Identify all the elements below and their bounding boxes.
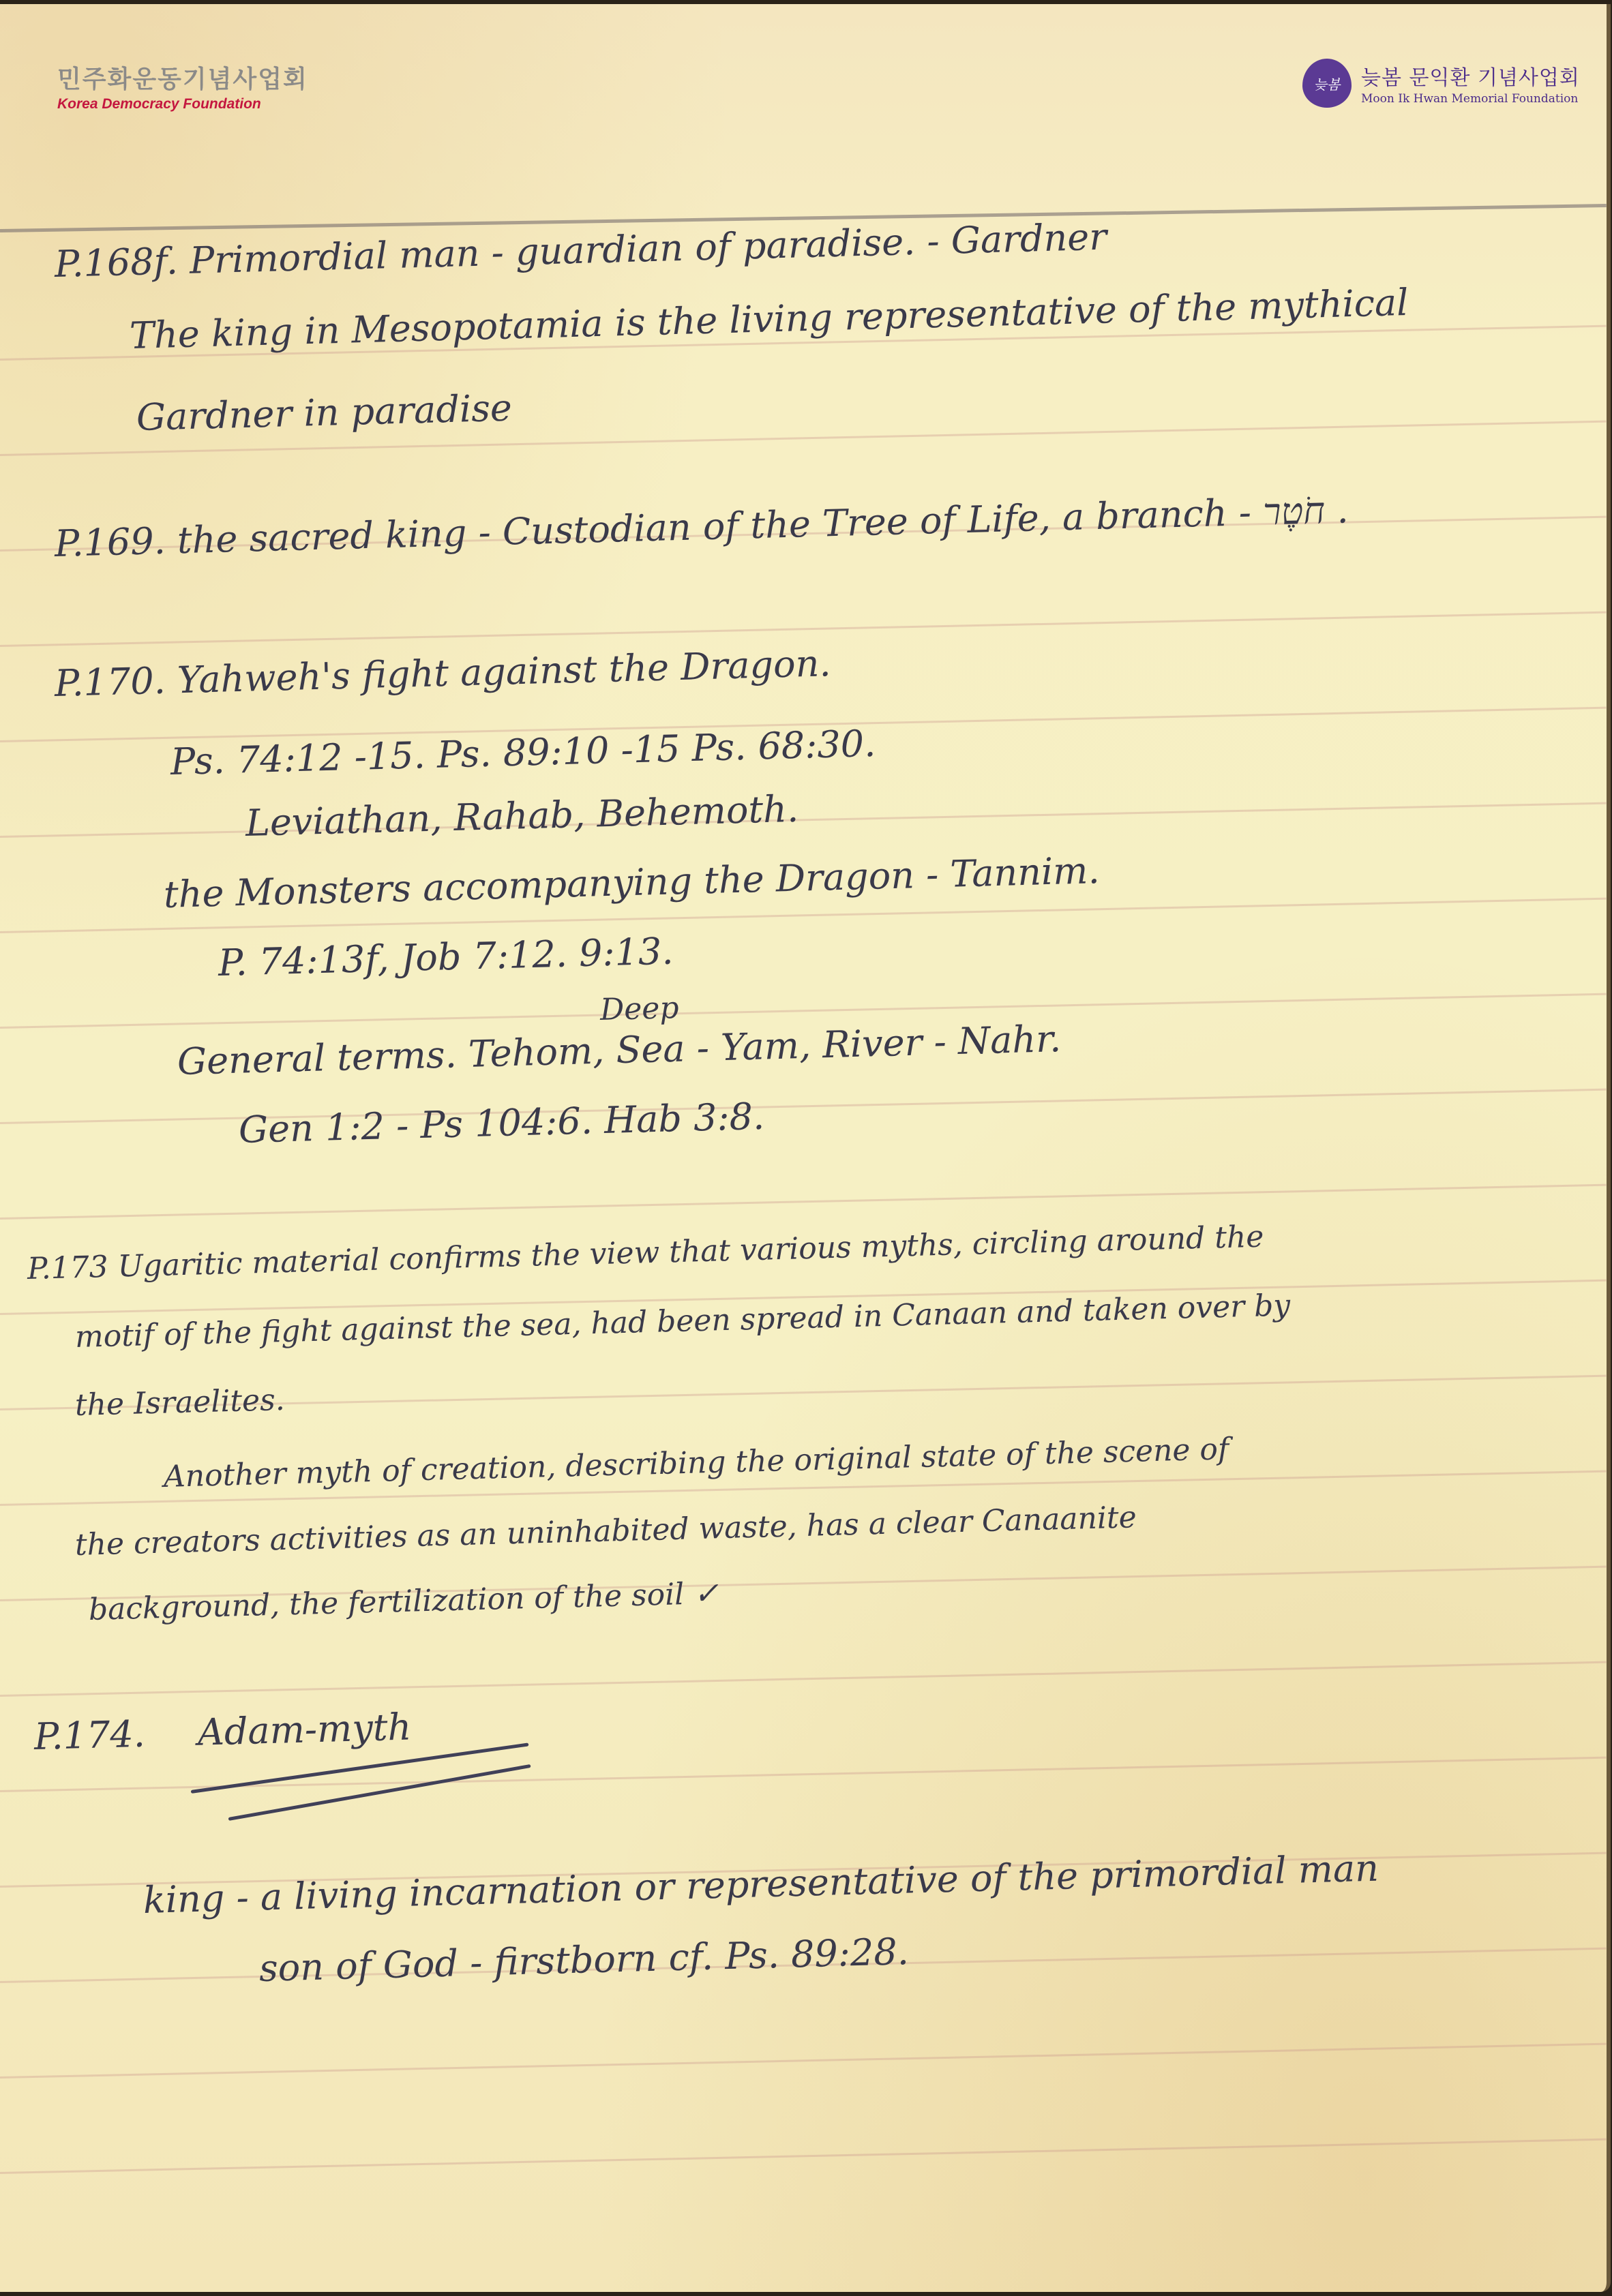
note-line: P.173 Ugaritic material confirms the vie… (27, 1220, 1264, 1286)
ruled-line (0, 1661, 1607, 1697)
ruled-line (0, 1757, 1607, 1792)
moon-ik-hwan-foundation-logo: 늦봄 늦봄 문익환 기념사업회 Moon Ik Hwan Memorial Fo… (1302, 59, 1580, 108)
logo-english-text: Moon Ik Hwan Memorial Foundation (1361, 92, 1580, 106)
note-line: The king in Mesopotamia is the living re… (129, 281, 1409, 357)
note-line: General terms. Tehom, Sea - Yam, River -… (177, 1017, 1062, 1083)
note-line: son of God - firstborn cf. Ps. 89:28. (258, 1930, 909, 1990)
neutbom-emblem-icon: 늦봄 (1302, 59, 1352, 108)
note-line: motif of the fight against the sea, had … (74, 1288, 1290, 1355)
note-line: P.170. Yahweh's fight against the Dragon… (54, 641, 831, 705)
page-reference: P.169. (54, 519, 166, 565)
note-text: Ugaritic material confirms the view that… (117, 1220, 1264, 1284)
logo-korean-text: 늦봄 문익환 기념사업회 (1361, 61, 1580, 91)
page-reference: P.170. (54, 659, 166, 705)
logo-english-text: Korea Democracy Foundation (57, 96, 308, 112)
note-heading: Adam-myth (197, 1706, 412, 1754)
ruled-line (0, 1184, 1607, 1220)
note-line: P.174. Adam-myth (33, 1706, 412, 1758)
note-line: the Israelites. (74, 1383, 285, 1423)
underline-stroke (228, 1764, 531, 1821)
ruled-line (0, 2139, 1607, 2174)
ruled-line (0, 802, 1607, 838)
note-line: Leviathan, Rahab, Behemoth. (245, 787, 799, 845)
note-line: the Monsters accompanying the Dragon - T… (163, 849, 1100, 916)
note-line: Ps. 74:12 -15. Ps. 89:10 -15 Ps. 68:30. (170, 722, 876, 783)
note-line: Gen 1:2 - Ps 104:6. Hab 3:8. (238, 1095, 765, 1151)
ruled-line (0, 2043, 1607, 2079)
ruled-line (0, 611, 1607, 647)
page-reference: P.168f. (54, 239, 178, 286)
note-line: P. 74:13f, Job 7:12. 9:13. (218, 930, 674, 984)
notebook-page: 민주화운동기념사업회 Korea Democracy Foundation 늦봄… (0, 4, 1611, 2292)
logo-korean-text: 민주화운동기념사업회 (57, 60, 308, 95)
note-line: Another myth of creation, describing the… (163, 1432, 1229, 1494)
note-text: Yahweh's fight against the Dragon. (177, 641, 831, 701)
note-line: Gardner in paradise (136, 387, 512, 439)
page-reference: P.174. (33, 1712, 145, 1758)
page-reference: P.173 (27, 1250, 108, 1286)
note-line: background, the fertilization of the soi… (88, 1576, 719, 1627)
note-line: king - a living incarnation or represent… (143, 1847, 1379, 1922)
note-line: the creators activities as an uninhabite… (74, 1500, 1137, 1562)
note-line: P.169. the sacred king - Custodian of th… (54, 488, 1349, 565)
korea-democracy-foundation-logo: 민주화운동기념사업회 Korea Democracy Foundation (57, 60, 308, 112)
note-text: the sacred king - Custodian of the Tree … (177, 488, 1349, 562)
note-annotation: Deep (599, 991, 679, 1027)
